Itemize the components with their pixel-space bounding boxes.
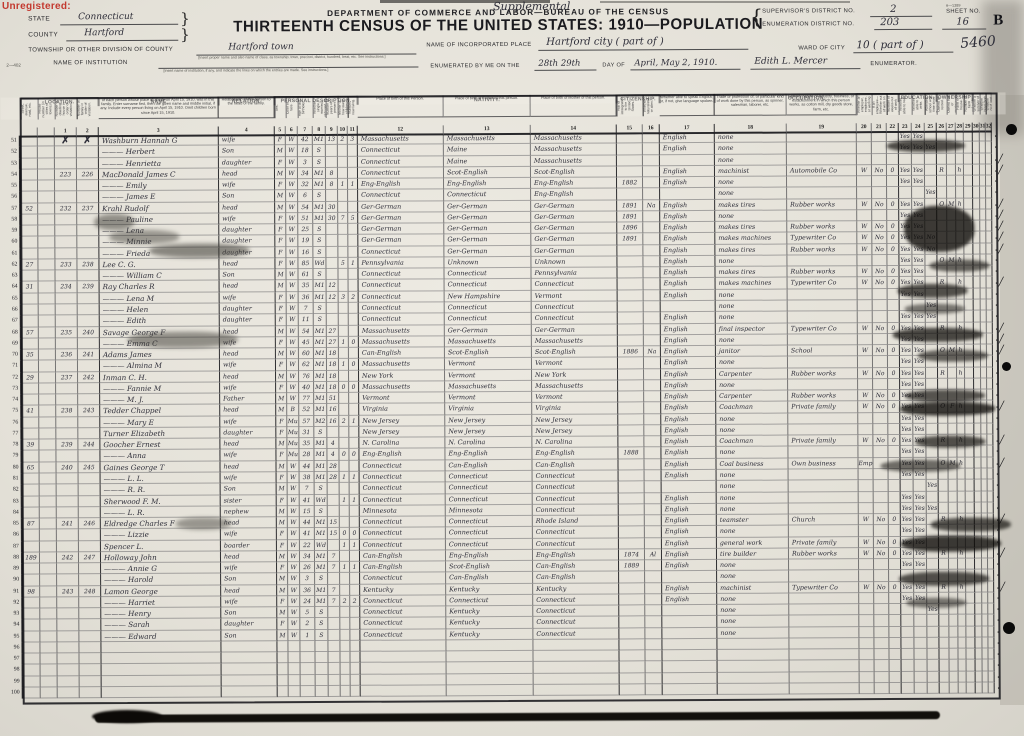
cell-children_born: 0 [339,449,349,460]
right-margin-mark: ▪ [994,502,1008,513]
cell-children_born: 1 [340,494,350,505]
cell-veteran [973,209,980,220]
cell-dwelling_number [55,147,77,158]
cell-name: ——— Helen [100,304,220,316]
cell-veteran [974,446,981,457]
cell-can_write: Yes [912,176,925,187]
cell-street [22,293,39,304]
cell-home_owned_rented [939,638,949,649]
cell-relation: daughter [219,157,275,169]
cell-birthplace: Connecticut [358,145,444,157]
enumerated-dates: 28th 29th [538,59,580,69]
column-header: Mother of how many children: Number born… [338,96,348,118]
right-margin-mark: ▪ [992,254,1006,265]
right-margin-mark: ▪ [993,288,1007,299]
cell-father_birthplace: Connecticut [444,189,531,201]
cell-speaks_english [663,673,718,685]
cell-naturalized: Na [644,346,661,357]
cell-children_born [338,190,348,201]
line-number: 65 [2,293,22,304]
cell-can_read: Yes [899,244,912,255]
incorporated-place-line [538,48,748,51]
cell-color_race [289,664,301,675]
cell-naturalized [645,481,662,492]
cell-relation: head [220,371,276,383]
cell-farm_or_house [957,446,965,457]
cell-children_born [340,483,350,494]
institution-note: [Insert name of institution, if any, and… [163,68,328,73]
cell-street: 39 [22,440,39,451]
cell-marital_status: S [314,314,327,325]
cell-speaks_english: English [660,166,715,178]
cell-birthplace: Connecticut [358,246,444,258]
cell-weeks_out_of_work: 0 [888,390,900,401]
cell-family_number [80,676,102,687]
cell-house_number [38,237,55,248]
cell-employer_status: W [858,390,873,401]
cell-dwelling_number [57,642,79,653]
cell-farm_schedule [964,187,973,198]
cell-sex: M [277,517,288,528]
cell-occupation: Carpenter [716,391,788,403]
cell-color_race: W [288,540,300,551]
cell-marital_status [316,675,329,686]
cell-years_married: 28 [328,472,340,483]
cell-mother_birthplace: Scot-English [532,346,618,358]
cell-name: Adams James [100,349,220,361]
cell-immigration_year [618,313,644,324]
cell-immigration_year [619,572,645,583]
cell-father_birthplace: Eng-English [444,178,531,190]
cell-can_read [902,672,915,683]
column-number: 11 [348,126,358,136]
column-number: 18 [715,124,787,134]
cell-children_born: 7 [338,213,348,224]
cell-relation: daughter [219,224,275,236]
cell-age: 52 [299,404,314,415]
day-of-label: day of [602,62,625,68]
cell-occupation: none [716,312,788,324]
line-number: 78 [2,440,22,451]
cell-industry: Typewriter Co [787,233,857,245]
cell-children_living: 2 [349,292,359,303]
cell-veteran [973,153,980,164]
column-header: Place of birth of Mother of this person. [531,94,617,116]
cell-weeks_out_of_work [890,683,902,694]
cell-sex: F [277,596,288,607]
cell-industry: Typewriter Co [788,323,858,335]
cell-out_of_work [874,570,889,581]
right-margin-mark: ▪ ╱ [994,547,1008,558]
cell-out_of_work: No [874,514,889,525]
cell-birthplace: Connecticut [360,516,446,528]
cell-years_married: 7 [328,585,340,596]
cell-relation: wife [221,596,277,608]
cell-marital_status: S [315,573,328,584]
cell-father_birthplace: New Hampshire [445,291,532,303]
cell-birthplace: New York [359,370,445,382]
cell-father_birthplace: New Jersey [445,426,532,438]
cell-sex: M [277,483,288,494]
cell-street: 57 [22,327,39,338]
cell-house_number [40,575,57,586]
cell-home_free_mortgaged [949,626,958,637]
cell-can_write: Yes [914,503,927,514]
right-margin-mark: ▪ [995,682,1009,693]
cell-marital_status: M1 [313,179,326,190]
cell-immigration_year [617,189,643,200]
cell-years_married [328,641,340,652]
cell-relation: wife [221,562,277,574]
cell-immigration_year [618,425,644,436]
column-header: Whether able to read. [899,93,912,115]
cell-children_living [351,663,361,674]
cell-house_number [39,349,56,360]
cell-family_number [78,417,100,428]
cell-veteran [974,423,981,434]
cell-dwelling_number [56,383,78,394]
cell-house_number [40,507,57,518]
cell-children_living: 0 [350,528,360,539]
cell-dwelling_number [56,451,78,462]
cell-street [22,361,39,372]
cell-relation: wife [220,416,276,428]
cell-occupation: none [715,255,787,267]
cell-children_born: 1 [340,472,350,483]
cell-naturalized [643,143,660,154]
cell-color_race [288,652,300,663]
census-form: Supplemental State Connecticut } County … [0,0,1024,736]
cell-marital_status: M1 [314,449,327,460]
cell-can_write: Yes [913,424,926,435]
cell-employer_status: W [858,368,873,379]
cell-can_read: Yes [900,446,913,457]
cell-name: ——— Harriet [101,596,221,608]
cell-children_living: 1 [348,258,358,269]
cell-name: ——— Emily [99,180,219,192]
cell-house_number [40,631,57,642]
cell-farm_schedule [964,153,973,164]
cell-veteran [975,649,982,660]
cell-children_born [340,607,350,618]
cell-occupation [718,661,790,673]
cell-employer_status: W [858,323,873,334]
cell-color_race: Mu [287,416,299,427]
cell-employer_status [858,447,873,458]
cell-weeks_out_of_work [889,480,901,491]
column-header: Whether deaf and dumb. [986,92,992,114]
cell-father_birthplace: Can-English [445,460,532,472]
cell-home_free_mortgaged [947,153,956,164]
cell-age: 7 [299,303,314,314]
cell-name: ——— Edith [100,315,220,327]
cell-naturalized [644,459,661,470]
cell-children_living [350,584,360,595]
cell-mother_birthplace [534,673,620,685]
cell-employer_status [859,492,874,503]
cell-attended_school [926,446,938,457]
cell-can_write: Yes [914,559,927,570]
cell-speaks_english: English [660,233,715,245]
cell-birthplace [361,663,447,675]
cell-name: ——— William C [99,270,219,282]
cell-family_number: 241 [78,349,100,360]
cell-marital_status [315,641,328,652]
cell-sex: F [276,427,287,438]
cell-can_read [901,480,914,491]
cell-children_living [350,618,360,629]
cell-years_married: 16 [327,404,339,415]
cell-out_of_work: No [873,401,888,412]
cell-occupation: none [716,447,788,459]
cell-children_living [348,168,358,179]
cell-birthplace [360,652,446,664]
cell-father_birthplace: Ger-German [444,234,531,246]
cell-children_living [350,506,360,517]
cell-children_born [340,630,350,641]
cell-family_number [78,304,100,315]
cell-immigration_year [619,504,645,515]
cell-naturalized [646,684,663,695]
cell-name: ——— Edward [101,630,221,642]
cell-birthplace: New Jersey [359,415,445,427]
cell-sex: M [276,438,287,449]
cell-children_living [349,427,359,438]
cell-veteran [973,243,980,254]
cell-children_born [339,348,349,359]
cell-naturalized [643,177,660,188]
enumerator-line [750,67,860,70]
cell-out_of_work: No [873,368,888,379]
right-margin-mark: ▪ [993,299,1007,310]
cell-immigration_year [618,324,644,335]
cell-immigration_year [618,369,644,380]
cell-employer_status [859,649,874,660]
cell-mother_birthplace: Ger-German [531,211,617,223]
cell-birthplace: Connecticut [360,494,446,506]
cell-occupation: makes tires [715,222,787,234]
cell-weeks_out_of_work: 0 [888,345,900,356]
cell-children_living [349,438,359,449]
column-header: Owned or rented. [937,93,947,115]
cell-age: 32 [298,179,313,190]
column-header: Trade or profession of, or particular ki… [715,94,787,116]
cell-street [21,158,38,169]
cell-out_of_work [872,255,887,266]
cell-age: 44 [299,461,314,472]
cell-relation: sister [221,495,277,507]
cell-dwelling_number [56,417,78,428]
cell-marital_status: S [313,235,326,246]
cell-veteran [974,378,981,389]
cell-father_birthplace: Unknown [444,257,531,269]
cell-speaks_english: English [660,222,715,234]
cell-dwelling_number: 236 [56,349,78,360]
cell-father_birthplace: Minnesota [446,505,533,517]
cell-dwelling_number [57,608,79,619]
cell-mother_birthplace: New York [532,369,618,381]
line-number: 61 [1,248,21,259]
cell-street [22,383,39,394]
cell-occupation: none [716,334,788,346]
cell-color_race [289,686,301,697]
cell-immigration_year [618,459,644,470]
cell-employer_status [857,142,872,153]
cell-industry [789,627,859,639]
cell-father_birthplace: Scot-English [445,347,532,359]
cell-occupation: none [716,379,788,391]
cell-speaks_english: English [661,391,716,403]
cell-birthplace: Ger-German [358,235,444,247]
cell-weeks_out_of_work [887,255,899,266]
cell-relation: wife [220,382,276,394]
cell-speaks_english: English [661,312,716,324]
cell-employer_status [858,356,873,367]
cell-relation: wife [220,360,276,372]
cell-weeks_out_of_work: 0 [889,514,901,525]
enumerated-dates-line [534,69,596,71]
cell-father_birthplace: Connecticut [446,471,533,483]
cell-marital_status: M1 [315,472,328,483]
cell-occupation: final inspector [716,323,788,335]
cell-speaks_english: English [660,245,715,257]
column-number: 7 [298,126,313,136]
cell-mother_birthplace: Massachusetts [532,335,618,347]
cell-can_write [912,187,925,198]
cell-house_number [39,406,56,417]
cell-children_born [340,641,350,652]
cell-immigration_year [619,594,645,605]
cell-immigration_year [619,470,645,481]
cell-attended_school [927,626,939,637]
cell-weeks_out_of_work [888,356,900,367]
cell-can_write: Yes [912,255,925,266]
column-header: Whether single, married, widowed, or div… [313,96,326,118]
cell-birthplace: Pennsylvania [358,257,444,269]
line-number: 75 [2,406,22,417]
cell-age: 1 [300,630,315,641]
cell-family_number: 244 [78,439,100,450]
cell-home_owned_rented [937,153,947,164]
cell-farm_schedule [966,502,975,513]
cell-father_birthplace: Connecticut [446,538,533,550]
cell-house_number [40,552,57,563]
line-number: 89 [3,564,23,575]
cell-immigration_year [619,605,645,616]
column-header: Whether an employer, employee, or workin… [857,93,872,115]
cell-marital_status: M1 [314,359,327,370]
punch-hole [1002,362,1011,371]
cell-children_born [339,370,349,381]
cell-marital_status: S [313,269,326,280]
cell-house_number [39,327,56,338]
cell-dwelling_number [55,225,77,236]
cell-industry: Rubber works [787,244,857,256]
cell-family_number [77,191,99,202]
cell-sex: F [275,179,286,190]
cell-street: 35 [22,350,39,361]
cell-color_race: W [288,472,300,483]
cell-industry: Rubber works [787,266,857,278]
cell-can_read [901,615,914,626]
cell-color_race: W [286,179,298,190]
cell-relation: daughter [220,427,276,439]
ink-smudge [893,328,983,342]
ink-smudge [904,206,974,252]
cell-age: 44 [300,517,315,528]
cell-house_number [39,293,56,304]
cell-birthplace: Massachusetts [359,325,445,337]
cell-years_married [328,506,340,517]
state-label: State [28,15,50,22]
cell-children_born [338,235,348,246]
cell-home_free_mortgaged [949,559,958,570]
cell-color_race: W [288,630,300,641]
cell-employer_status [860,672,875,683]
cell-speaks_english [660,188,715,200]
cell-marital_status: M1 [314,382,327,393]
cell-farm_schedule [965,367,974,378]
cell-family_number: 246 [79,518,101,529]
cell-family_number [78,451,100,462]
cell-color_race: W [288,562,300,573]
cell-can_write: Yes [914,491,927,502]
cell-veteran [974,300,981,311]
tally-mark: ╱ [999,401,1004,411]
cell-sex: M [277,607,288,618]
cell-birthplace: Connecticut [360,539,446,551]
cell-veteran [973,198,980,209]
sheet-label: Sheet No. [946,9,981,15]
cell-weeks_out_of_work [889,559,901,570]
cell-father_birthplace [447,685,534,697]
cell-father_birthplace: Massachusetts [445,336,532,348]
cell-immigration_year: 1889 [619,560,645,571]
cell-industry [787,142,857,154]
cell-farm_or_house [956,187,964,198]
cell-farm_schedule [965,311,974,322]
cell-house_number [38,203,55,214]
cell-sex: M [275,145,286,156]
column-header: Number of farm schedule. [964,93,973,115]
cell-years_married [326,235,338,246]
cell-children_living [349,404,359,415]
cell-weeks_out_of_work [887,176,899,187]
right-margin-mark: ▪ [994,480,1008,491]
cell-street [21,181,38,192]
cell-home_free_mortgaged [947,176,956,187]
cell-children_born [338,269,348,280]
cell-immigration_year [617,155,643,166]
cell-children_born: 2 [339,415,349,426]
cell-father_birthplace [446,651,533,663]
cell-mother_birthplace: Connecticut [533,482,619,494]
cell-can_read [901,627,914,638]
cell-marital_status: M1 [314,292,327,303]
cell-house_number [38,271,55,282]
cell-immigration_year [618,335,644,346]
cell-house_number [41,687,58,698]
cell-out_of_work: No [873,277,888,288]
cell-name: ——— Almina M [100,360,220,372]
cell-employer_status [859,469,874,480]
cell-marital_status [316,663,329,674]
cell-employer_status [859,627,874,638]
cell-family_number [77,180,99,191]
cell-home_free_mortgaged [950,660,959,671]
cell-family_number [79,473,101,484]
cell-farm_or_house [958,615,966,626]
